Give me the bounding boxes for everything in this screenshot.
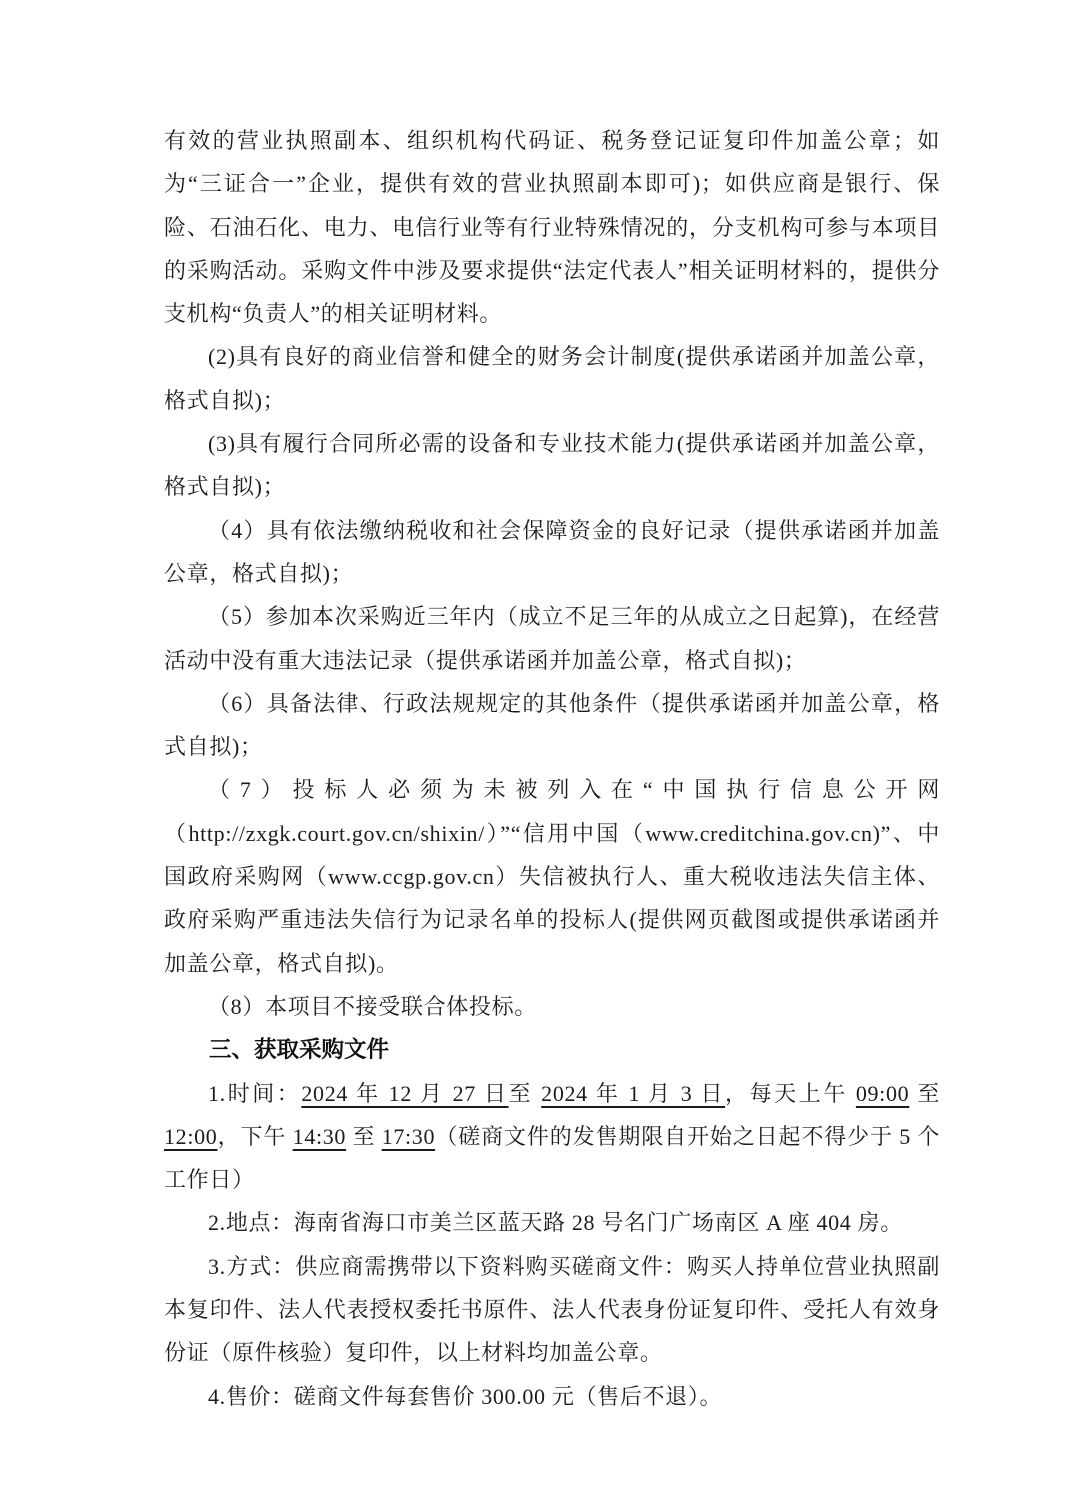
document-page: 有效的营业执照副本、组织机构代码证、税务登记证复印件加盖公章；如为“三证合一”企… bbox=[0, 0, 1080, 1512]
time-afternoon-end: 17:30 bbox=[382, 1124, 435, 1149]
section-heading-obtain-documents: 三、获取采购文件 bbox=[164, 1028, 940, 1071]
paragraph-item-2: (2)具有良好的商业信誉和健全的财务会计制度(提供承诺函并加盖公章，格式自拟)； bbox=[164, 335, 940, 422]
time-afternoon-start: 14:30 bbox=[293, 1124, 346, 1149]
time-to-word: 至 bbox=[509, 1081, 542, 1106]
time-date-from: 2024 年 12 月 27 日 bbox=[301, 1081, 508, 1106]
paragraph-price: 4.售价：磋商文件每套售价 300.00 元（售后不退）。 bbox=[164, 1375, 940, 1418]
paragraph-item-8: （8）本项目不接受联合体投标。 bbox=[164, 985, 940, 1028]
time-morning-end: 12:00 bbox=[164, 1124, 217, 1149]
paragraph-item-6: （6）具备法律、行政法规规定的其他条件（提供承诺函并加盖公章，格式自拟)； bbox=[164, 682, 940, 769]
paragraph-item-4: （4）具有依法缴纳税收和社会保障资金的良好记录（提供承诺函并加盖公章，格式自拟)… bbox=[164, 509, 940, 596]
paragraph-item-5: （5）参加本次采购近三年内（成立不足三年的从成立之日起算)，在经营活动中没有重大… bbox=[164, 595, 940, 682]
time-label: 1.时间： bbox=[208, 1081, 301, 1106]
time-mid-1: ，每天上午 bbox=[725, 1081, 856, 1106]
time-mid-3: ，下午 bbox=[217, 1124, 292, 1149]
time-morning-start: 09:00 bbox=[856, 1081, 909, 1106]
time-mid-4: 至 bbox=[346, 1124, 382, 1149]
paragraph-continuation: 有效的营业执照副本、组织机构代码证、税务登记证复印件加盖公章；如为“三证合一”企… bbox=[164, 119, 940, 335]
paragraph-method: 3.方式：供应商需携带以下资料购买磋商文件：购买人持单位营业执照副本复印件、法人… bbox=[164, 1245, 940, 1375]
paragraph-item-3: (3)具有履行合同所必需的设备和专业技术能力(提供承诺函并加盖公章，格式自拟)； bbox=[164, 422, 940, 509]
time-date-to: 2024 年 1 月 3 日 bbox=[541, 1081, 725, 1106]
paragraph-item-7: （7）投标人必须为未被列入在“中国执行信息公开网（http://zxgk.cou… bbox=[164, 768, 940, 984]
paragraph-time: 1.时间：2024 年 12 月 27 日至 2024 年 1 月 3 日，每天… bbox=[164, 1072, 940, 1202]
paragraph-location: 2.地点：海南省海口市美兰区蓝天路 28 号名门广场南区 A 座 404 房。 bbox=[164, 1201, 940, 1244]
time-mid-2: 至 bbox=[909, 1081, 940, 1106]
